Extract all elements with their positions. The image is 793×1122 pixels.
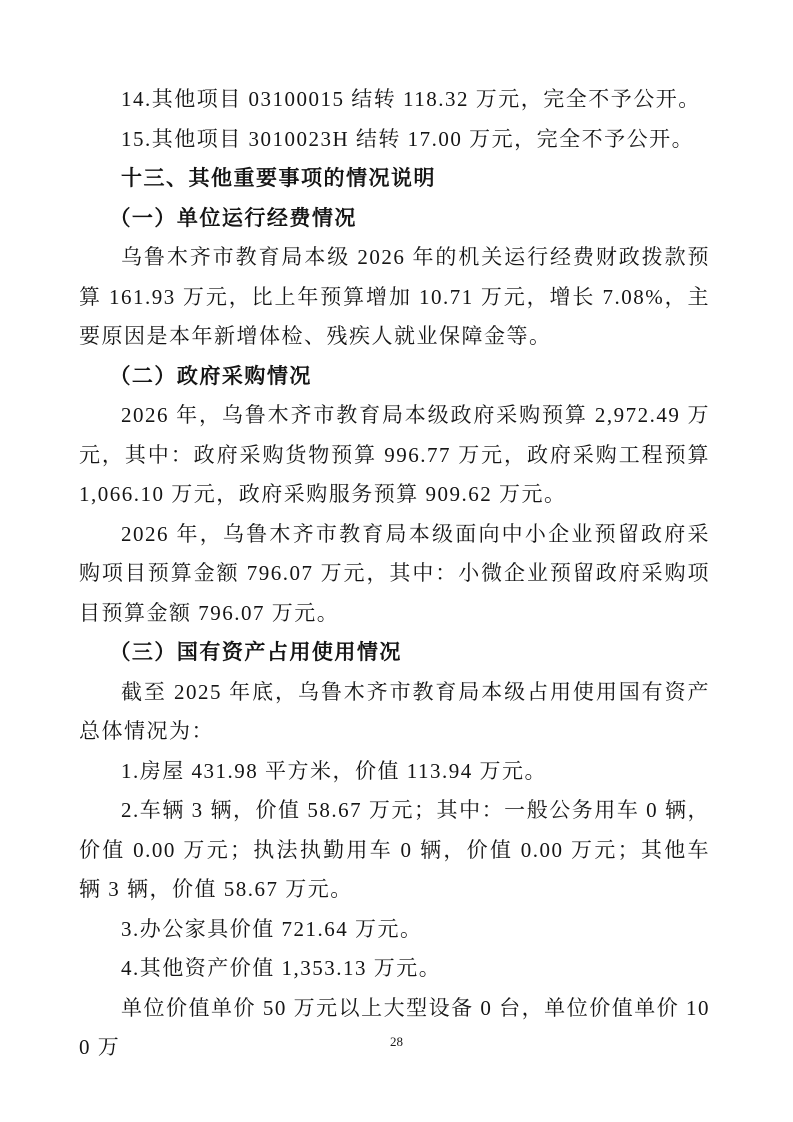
document-paragraph: 单位价值单价 50 万元以上大型设备 0 台，单位价值单价 100 万 bbox=[79, 989, 710, 1068]
document-paragraph: 1.房屋 431.98 平方米，价值 113.94 万元。 bbox=[79, 752, 710, 792]
document-paragraph: 3.办公家具价值 721.64 万元。 bbox=[79, 910, 710, 950]
document-paragraph: 2026 年，乌鲁木齐市教育局本级面向中小企业预留政府采购项目预算金额 796.… bbox=[79, 515, 710, 634]
document-heading: （二）政府采购情况 bbox=[79, 357, 710, 397]
document-paragraph: 14.其他项目 03100015 结转 118.32 万元，完全不予公开。 bbox=[79, 80, 710, 120]
document-page: 14.其他项目 03100015 结转 118.32 万元，完全不予公开。15.… bbox=[0, 0, 793, 1122]
document-paragraph: 2026 年，乌鲁木齐市教育局本级政府采购预算 2,972.49 万元，其中：政… bbox=[79, 396, 710, 515]
document-body: 14.其他项目 03100015 结转 118.32 万元，完全不予公开。15.… bbox=[79, 80, 710, 1068]
document-paragraph: 4.其他资产价值 1,353.13 万元。 bbox=[79, 949, 710, 989]
document-paragraph: 乌鲁木齐市教育局本级 2026 年的机关运行经费财政拨款预算 161.93 万元… bbox=[79, 238, 710, 357]
document-heading: 十三、其他重要事项的情况说明 bbox=[79, 159, 710, 199]
document-paragraph: 15.其他项目 3010023H 结转 17.00 万元，完全不予公开。 bbox=[79, 120, 710, 160]
document-heading: （一）单位运行经费情况 bbox=[79, 199, 710, 239]
document-paragraph: 截至 2025 年底，乌鲁木齐市教育局本级占用使用国有资产总体情况为： bbox=[79, 673, 710, 752]
document-paragraph: 2.车辆 3 辆，价值 58.67 万元；其中：一般公务用车 0 辆，价值 0.… bbox=[79, 791, 710, 910]
page-number: 28 bbox=[0, 1034, 793, 1050]
document-heading: （三）国有资产占用使用情况 bbox=[79, 633, 710, 673]
